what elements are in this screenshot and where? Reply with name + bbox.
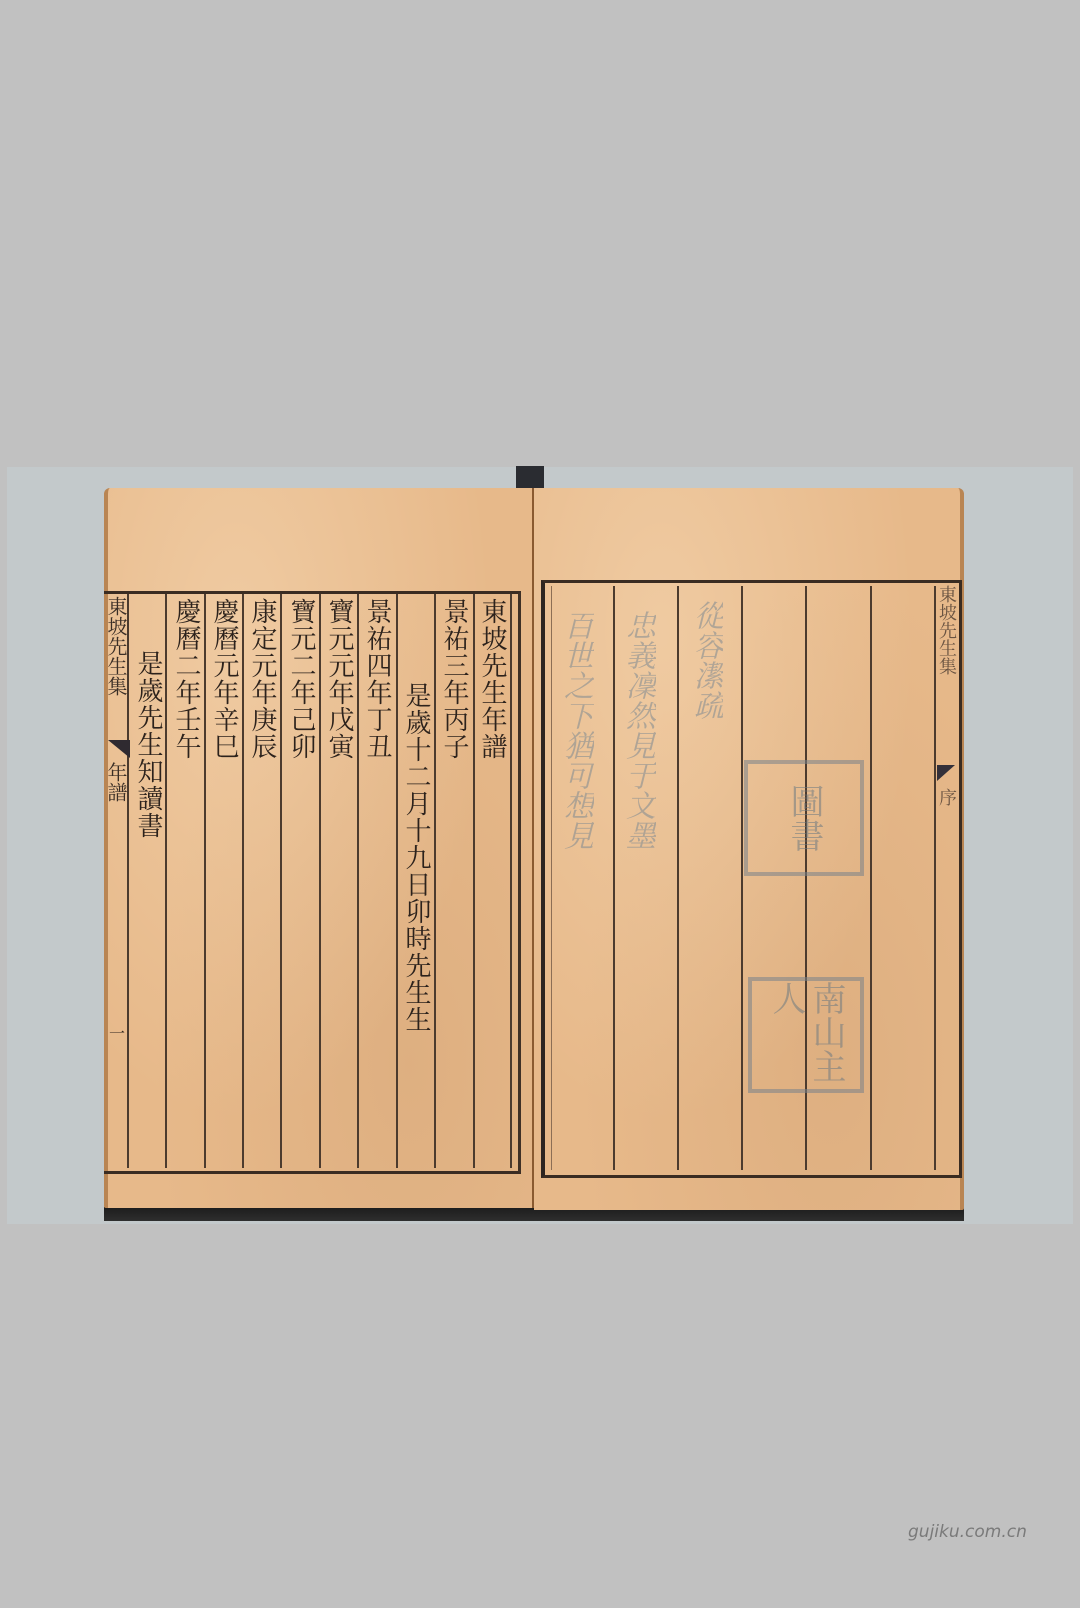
column-rule	[677, 586, 679, 1170]
book-spine-top	[516, 466, 544, 490]
seal-stamp: 南山主人	[748, 977, 864, 1093]
banxin-section-right: 序	[935, 788, 957, 806]
text-column: 景祐四年丁丑	[359, 598, 395, 760]
banxin-title: 東坡先生集	[104, 596, 128, 696]
bleed-through-text: 百世之下猶可想見	[555, 610, 595, 850]
text-column-title: 東坡先生年譜	[474, 598, 510, 760]
text-column: 康定元年庚辰	[244, 598, 280, 760]
text-column-note: 是歲十二月十九日卯時先生生	[398, 682, 434, 1033]
text-column: 寶元二年己卯	[283, 598, 319, 760]
text-column: 慶曆二年壬午	[168, 598, 204, 760]
text-column: 寶元元年戊寅	[321, 598, 357, 760]
bleed-through-text: 從容潔疏	[685, 600, 725, 720]
column-rule	[613, 586, 615, 1170]
column-rule	[510, 594, 512, 1168]
text-column: 慶曆元年辛巳	[206, 598, 242, 760]
text-column-note: 是歲先生知讀書	[130, 650, 166, 839]
bleed-through-text: 忠義凜然見于文墨	[617, 610, 657, 850]
page-number: 一	[109, 1021, 125, 1044]
banxin-section: 年譜	[104, 762, 128, 802]
banxin-title-right: 東坡先生集	[935, 585, 957, 675]
text-column: 景祐三年丙子	[436, 598, 472, 760]
column-rule	[280, 594, 282, 1168]
column-rule	[551, 586, 552, 1170]
column-rule	[741, 586, 743, 1170]
seal-stamp: 圖書	[744, 760, 864, 876]
watermark: gujiku.com.cn	[908, 1522, 1027, 1542]
column-rule	[870, 586, 872, 1170]
